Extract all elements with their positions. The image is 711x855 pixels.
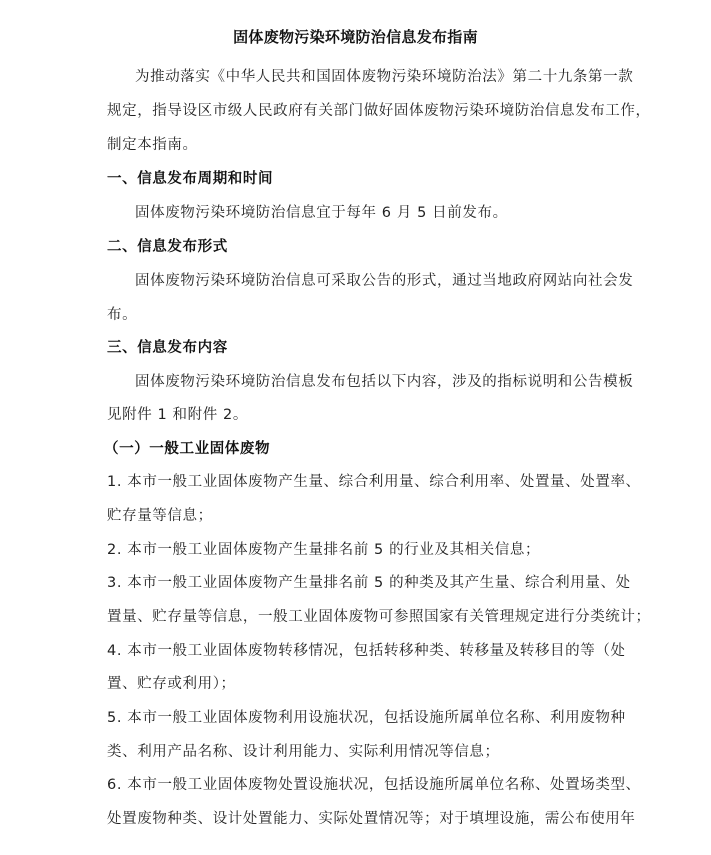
list-item-3-line-1: 3. 本市一般工业固体废物产生量排名前 5 的种类及其产生量、综合利用量、处 <box>107 573 631 593</box>
section-3-line-2: 见附件 1 和附件 2。 <box>107 405 248 425</box>
list-item-3-line-2: 置量、贮存量等信息，一般工业固体废物可参照国家有关管理规定进行分类统计； <box>107 607 651 627</box>
intro-line-2: 规定，指导设区市级人民政府有关部门做好固体废物污染环境防治信息发布工作， <box>107 101 651 121</box>
section-2-line-1: 固体废物污染环境防治信息可采取公告的形式，通过当地政府网站向社会发 <box>135 271 633 291</box>
section-heading-1: 一、信息发布周期和时间 <box>107 169 273 189</box>
section-heading-2: 二、信息发布形式 <box>107 237 228 257</box>
intro-line-3: 制定本指南。 <box>107 135 198 155</box>
intro-line-1: 为推动落实《中华人民共和国固体废物污染环境防治法》第二十九条第一款 <box>135 67 633 87</box>
list-item-5-line-2: 类、利用产品名称、设计利用能力、实际利用情况等信息； <box>107 742 500 762</box>
section-3-line-1: 固体废物污染环境防治信息发布包括以下内容，涉及的指标说明和公告模板 <box>135 372 633 392</box>
section-heading-3: 三、信息发布内容 <box>107 338 228 358</box>
list-item-6-line-2: 处置废物种类、设计处置能力、实际处置情况等；对于填埋设施，需公布使用年 <box>107 809 636 829</box>
section-1-line-1: 固体废物污染环境防治信息宜于每年 6 月 5 日前发布。 <box>135 203 508 223</box>
subsection-heading: （一）一般工业固体废物 <box>104 439 270 459</box>
section-2-line-2: 布。 <box>107 305 137 325</box>
list-item-5-line-1: 5. 本市一般工业固体废物利用设施状况，包括设施所属单位名称、利用废物种 <box>107 708 626 728</box>
list-item-2-line-1: 2. 本市一般工业固体废物产生量排名前 5 的行业及其相关信息； <box>107 540 540 560</box>
list-item-6-line-1: 6. 本市一般工业固体废物处置设施状况，包括设施所属单位名称、处置场类型、 <box>107 775 641 795</box>
document-title: 固体废物污染环境防治信息发布指南 <box>0 26 711 47</box>
list-item-1-line-1: 1. 本市一般工业固体废物产生量、综合利用量、综合利用率、处置量、处置率、 <box>107 472 641 492</box>
list-item-4-line-2: 置、贮存或利用）； <box>107 674 236 694</box>
list-item-4-line-1: 4. 本市一般工业固体废物转移情况，包括转移种类、转移量及转移目的等（处 <box>107 641 626 661</box>
document-page: 固体废物污染环境防治信息发布指南 为推动落实《中华人民共和国固体废物污染环境防治… <box>0 0 711 855</box>
list-item-1-line-2: 贮存量等信息； <box>107 506 213 526</box>
